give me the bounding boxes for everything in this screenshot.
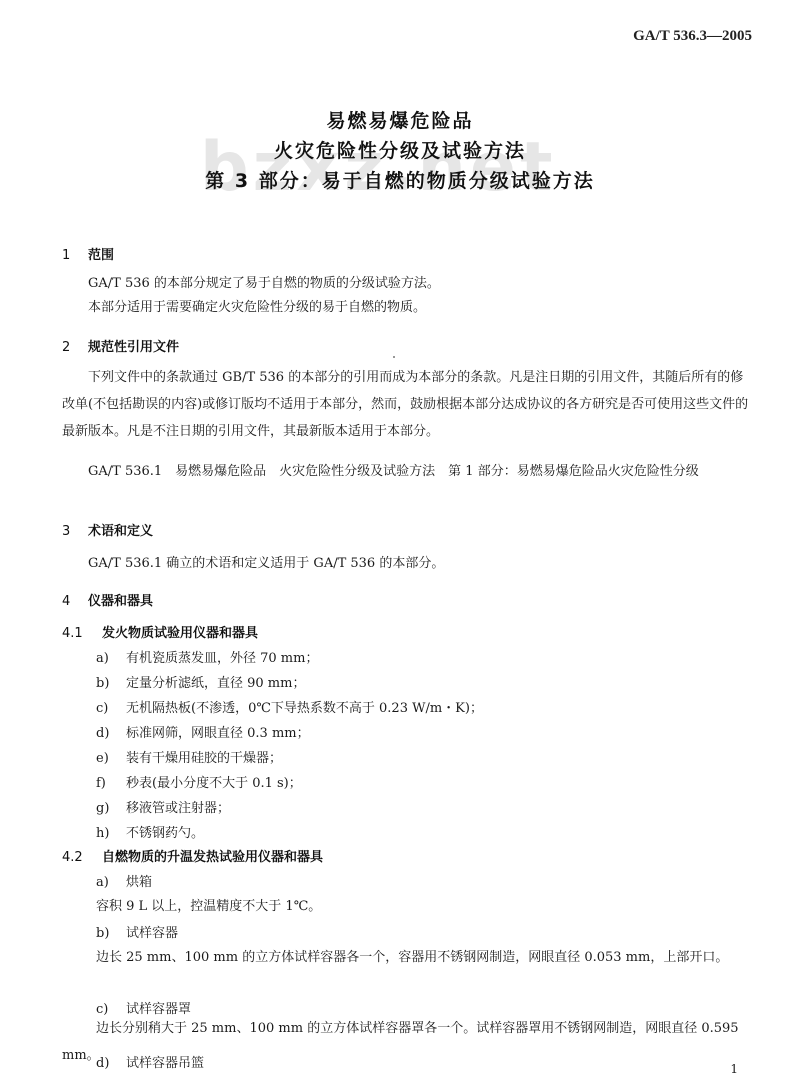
list-text: 标准网筛，网眼直径 0.3 mm；: [126, 726, 310, 741]
list-text: 不锈钢药勺。: [126, 826, 204, 841]
list-marker: a): [96, 651, 126, 666]
section-title: 仪器和器具: [88, 594, 153, 609]
list-item: a)烘箱: [96, 871, 152, 890]
paragraph: GA/T 536 的本部分规定了易于自燃的物质的分级试验方法。: [62, 270, 752, 297]
standard-code: GA/T 536.3—2005: [633, 28, 752, 45]
section-number: 2: [62, 340, 88, 355]
paragraph: 容积 9 L 以上，控温精度不大于 1℃。: [62, 893, 752, 920]
section-4-heading: 4仪器和器具: [62, 590, 153, 609]
title-line-2: 火灾危险性分级及试验方法: [0, 136, 800, 166]
list-text: 试样容器吊篮: [126, 1056, 204, 1071]
list-marker: f): [96, 776, 126, 791]
subsection-number: 4.1: [62, 626, 102, 641]
list-text: 烘箱: [126, 875, 152, 890]
subsection-4-1-heading: 4.1发火物质试验用仪器和器具: [62, 622, 258, 641]
section-title: 规范性引用文件: [88, 340, 179, 355]
list-marker: b): [96, 926, 126, 941]
subsection-number: 4.2: [62, 850, 102, 865]
page-number: 1: [730, 1062, 738, 1076]
document-title: 易燃易爆危险品 火灾危险性分级及试验方法 第 3 部分：易于自燃的物质分级试验方…: [0, 106, 800, 196]
section-title: 范围: [88, 248, 114, 263]
list-text: 移液管或注射器；: [126, 801, 230, 816]
paragraph-reference: GA/T 536.1 易燃易爆危险品 火灾危险性分级及试验方法 第 1 部分：易…: [62, 458, 752, 485]
section-number: 4: [62, 594, 88, 609]
list-item: c)无机隔热板(不渗透，0℃下导热系数不高于 0.23 W/m・K)；: [96, 697, 483, 716]
list-marker: b): [96, 676, 126, 691]
list-item: g)移液管或注射器；: [96, 797, 230, 816]
paragraph: GA/T 536.1 确立的术语和定义适用于 GA/T 536 的本部分。: [62, 550, 752, 577]
list-item: d)试样容器吊篮: [96, 1052, 204, 1071]
list-text: 有机瓷质蒸发皿，外径 70 mm；: [126, 651, 318, 666]
list-text: 定量分析滤纸，直径 90 mm；: [126, 676, 305, 691]
list-marker: h): [96, 826, 126, 841]
paragraph: 本部分适用于需要确定火灾危险性分级的易于自燃的物质。: [62, 294, 752, 321]
list-text: 无机隔热板(不渗透，0℃下导热系数不高于 0.23 W/m・K)；: [126, 701, 483, 716]
paragraph: 下列文件中的条款通过 GB/T 536 的本部分的引用而成为本部分的条款。凡是注…: [62, 364, 752, 445]
title-line-1: 易燃易爆危险品: [0, 106, 800, 136]
title-line-3: 第 3 部分：易于自燃的物质分级试验方法: [0, 166, 800, 196]
list-item: h)不锈钢药勺。: [96, 822, 204, 841]
list-item: a)有机瓷质蒸发皿，外径 70 mm；: [96, 647, 318, 666]
subsection-title: 自燃物质的升温发热试验用仪器和器具: [102, 850, 323, 865]
section-title: 术语和定义: [88, 524, 153, 539]
list-item: b)定量分析滤纸，直径 90 mm；: [96, 672, 305, 691]
section-1-heading: 1范围: [62, 244, 114, 263]
list-item: b)试样容器: [96, 922, 178, 941]
list-marker: a): [96, 875, 126, 890]
list-marker: e): [96, 751, 126, 766]
subsection-4-2-heading: 4.2自燃物质的升温发热试验用仪器和器具: [62, 846, 323, 865]
list-item: d)标准网筛，网眼直径 0.3 mm；: [96, 722, 310, 741]
section-number: 1: [62, 248, 88, 263]
paragraph: 边长 25 mm、100 mm 的立方体试样容器各一个，容器用不锈钢网制造，网眼…: [62, 944, 752, 971]
list-marker: d): [96, 726, 126, 741]
list-marker: d): [96, 1056, 126, 1071]
list-text: 装有干燥用硅胶的干燥器；: [126, 751, 282, 766]
section-3-heading: 3术语和定义: [62, 520, 153, 539]
section-2-heading: 2规范性引用文件: [62, 336, 179, 355]
list-marker: g): [96, 801, 126, 816]
list-text: 试样容器: [126, 926, 178, 941]
speck: [393, 356, 395, 358]
list-marker: c): [96, 701, 126, 716]
list-text: 秒表(最小分度不大于 0.1 s)；: [126, 776, 302, 791]
section-number: 3: [62, 524, 88, 539]
list-item: f)秒表(最小分度不大于 0.1 s)；: [96, 772, 302, 791]
subsection-title: 发火物质试验用仪器和器具: [102, 626, 258, 641]
list-item: e)装有干燥用硅胶的干燥器；: [96, 747, 282, 766]
